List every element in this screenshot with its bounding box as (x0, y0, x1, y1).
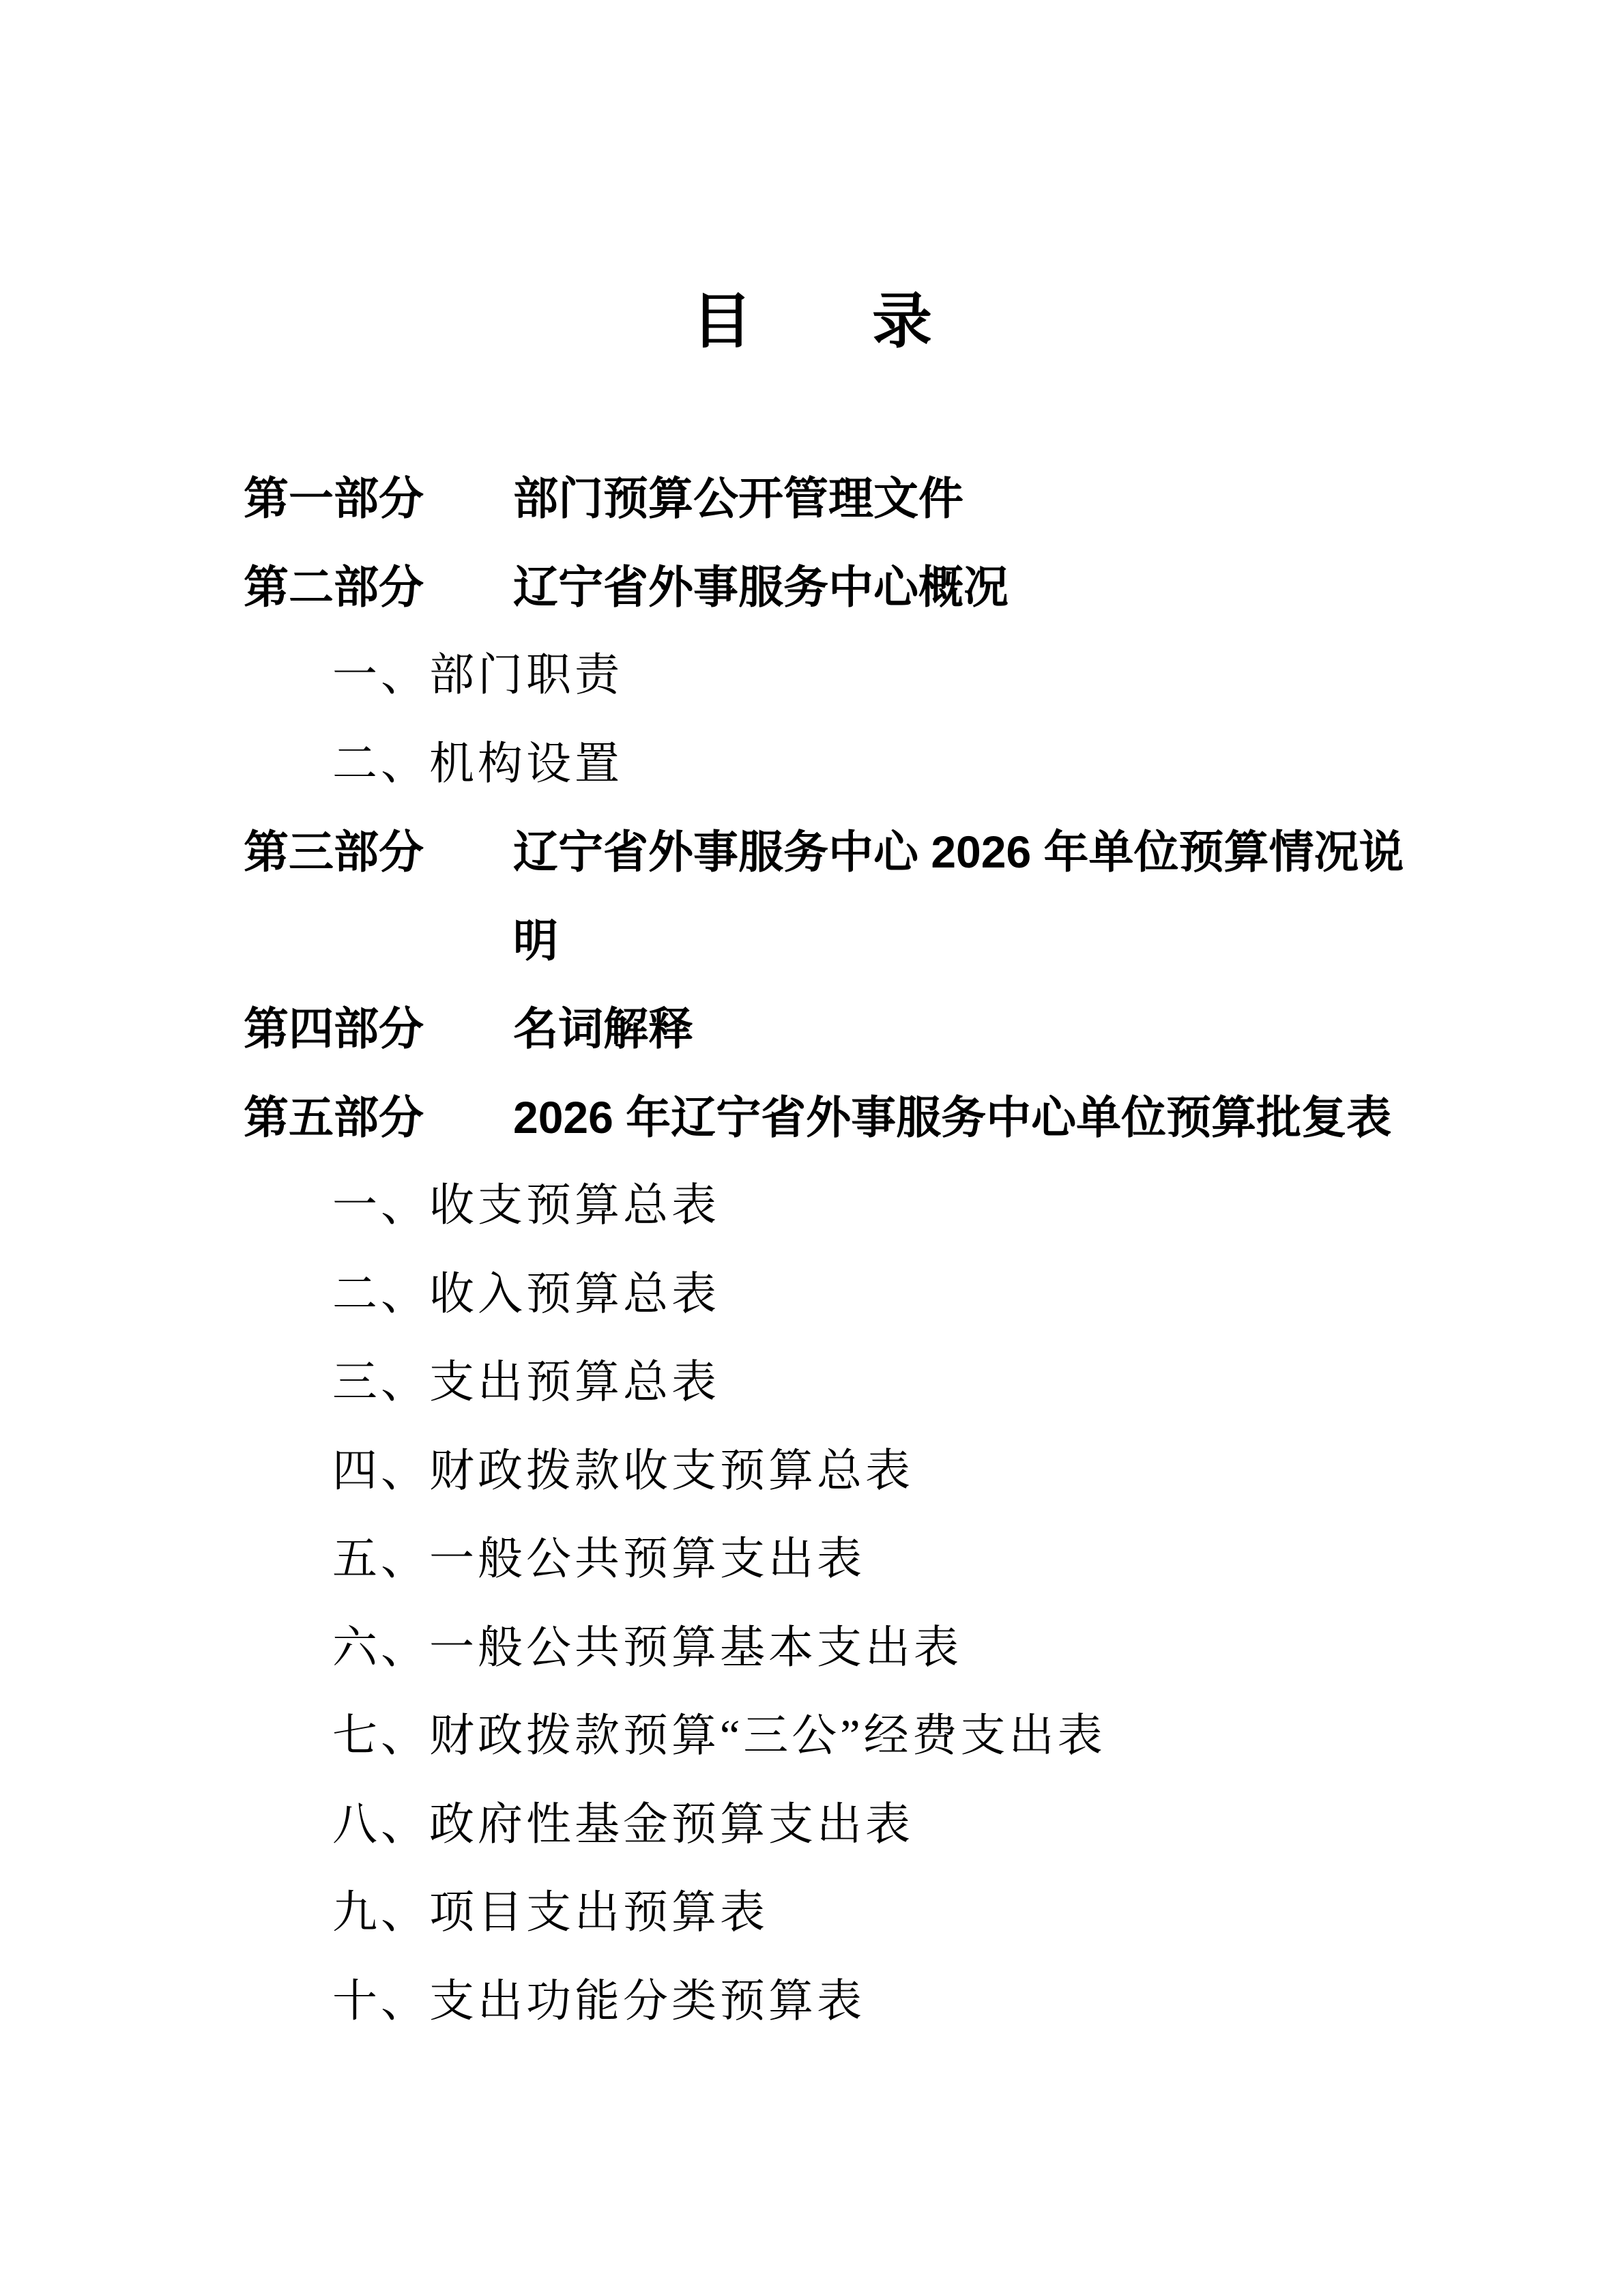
toc-item: 九、项目支出预算表 (244, 1869, 1445, 1957)
toc-item: 八、政府性基金预算支出表 (244, 1781, 1445, 1869)
toc-part-2-label: 第二部分 (244, 543, 424, 632)
toc-item: 六、一般公共预算基本支出表 (244, 1604, 1445, 1693)
table-of-contents: 第一部分 部门预算公开管理文件 第二部分 辽宁省外事服务中心概况 一、部门职责 … (244, 455, 1445, 2046)
document-page: 目 录 第一部分 部门预算公开管理文件 第二部分 辽宁省外事服务中心概况 一、部… (0, 0, 1624, 2296)
toc-item: 三、支出预算总表 (244, 1338, 1445, 1427)
toc-item: 一、收支预算总表 (244, 1162, 1445, 1250)
toc-part-3-title: 辽宁省外事服务中心 2026 年单位预算情况说明 (513, 808, 1421, 985)
toc-part-1: 第一部分 部门预算公开管理文件 (244, 455, 1445, 543)
toc-part-5-title: 2026 年辽宁省外事服务中心单位预算批复表 (513, 1074, 1421, 1162)
toc-item: 七、财政拨款预算“三公”经费支出表 (244, 1692, 1445, 1781)
toc-item: 二、机构设置 (244, 720, 1445, 809)
toc-part-3: 第三部分 辽宁省外事服务中心 2026 年单位预算情况说明 (244, 808, 1445, 985)
toc-part-3-label: 第三部分 (244, 808, 424, 897)
page-title: 目 录 (0, 278, 1624, 367)
toc-item: 四、财政拨款收支预算总表 (244, 1427, 1445, 1516)
toc-item: 十、支出功能分类预算表 (244, 1957, 1445, 2046)
toc-item: 二、收入预算总表 (244, 1250, 1445, 1339)
toc-part-1-label: 第一部分 (244, 455, 424, 543)
toc-part-4-label: 第四部分 (244, 985, 424, 1074)
toc-part-1-title: 部门预算公开管理文件 (513, 455, 1421, 543)
toc-part-5: 第五部分 2026 年辽宁省外事服务中心单位预算批复表 (244, 1074, 1445, 1162)
toc-part-2-title: 辽宁省外事服务中心概况 (513, 543, 1421, 632)
toc-part-5-label: 第五部分 (244, 1074, 424, 1162)
toc-part-4-title: 名词解释 (513, 985, 1421, 1074)
toc-part-4: 第四部分 名词解释 (244, 985, 1445, 1074)
toc-item: 一、部门职责 (244, 631, 1445, 720)
toc-part-2: 第二部分 辽宁省外事服务中心概况 (244, 543, 1445, 632)
toc-item: 五、一般公共预算支出表 (244, 1515, 1445, 1604)
